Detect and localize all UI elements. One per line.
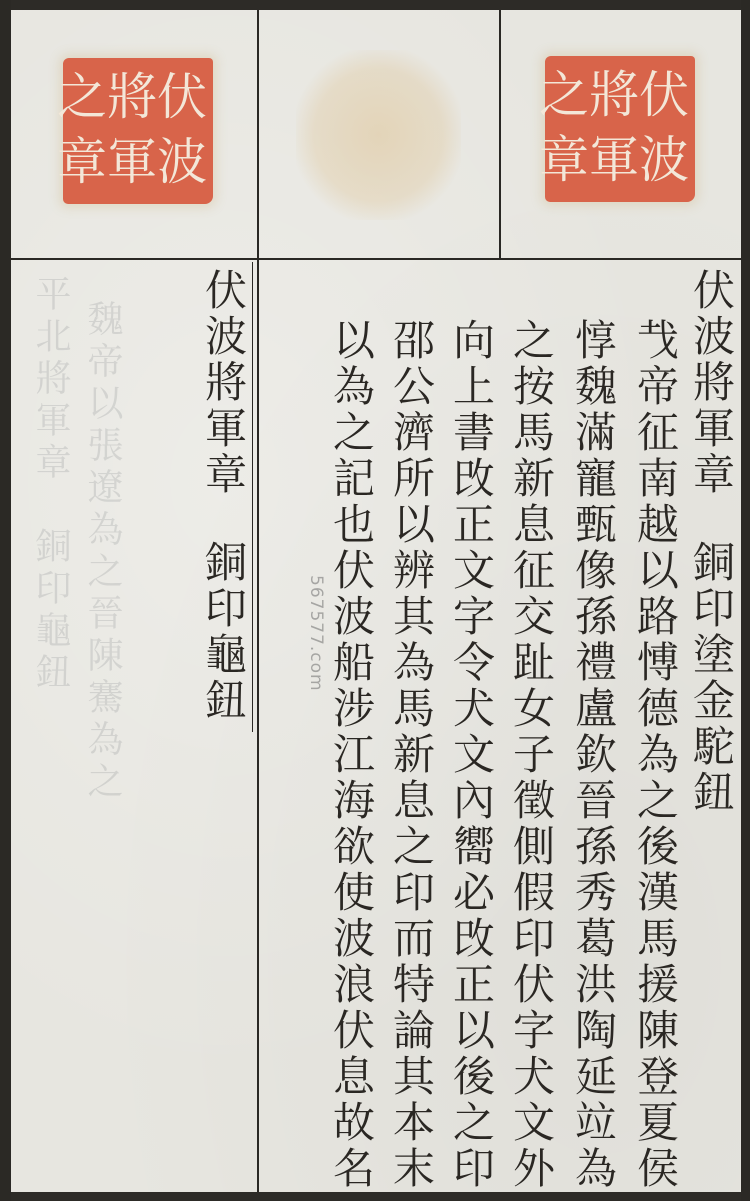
seal-box-middle [259, 12, 499, 258]
right-title-column: 伏波將軍章銅印塗金駝鈕 [686, 268, 736, 816]
seal-char: 伏 [639, 64, 689, 129]
seal-char: 伏 [157, 66, 207, 131]
body-text-column-4: 向上書攺正文字令犬文內嚮必攺正以後之印 [446, 318, 496, 1192]
seal-char: 軍 [589, 129, 639, 194]
right-seal-description: 銅印塗金駝鈕 [687, 540, 736, 816]
body-text-column-5: 邵公濟所以辨其為馬新息之印而特論其本末 [386, 318, 436, 1192]
seal-char: 將 [107, 66, 157, 131]
seal-stain-empty [296, 50, 461, 220]
site-watermark: 567577.com [306, 575, 326, 692]
body-text-column-2: 惇魏滿寵甄像孫禮盧欽晉孫秀葛洪陶延竝為 [568, 318, 618, 1192]
seal-char: 波 [639, 129, 689, 194]
book-page: 伏 波 將 軍 之 章 伏 波 將 軍 之 章 平北將軍章 銅印龜鈕 魏帝以張遼… [0, 0, 750, 1201]
seal-char: 軍 [107, 131, 157, 196]
seal-char: 章 [57, 131, 107, 196]
seal-box-right: 伏 波 將 軍 之 章 [501, 12, 741, 258]
frame-top-border [0, 0, 750, 10]
left-title-column: 伏波將軍章銅印龜鈕 [198, 268, 248, 724]
bleed-through-column-2: 魏帝以張遼為之晉陳騫為之 [80, 300, 124, 804]
right-seal-title: 伏波將軍章 [687, 268, 736, 498]
bleed-through-column-1: 平北將軍章 銅印龜鈕 [28, 275, 72, 695]
body-text-column-1: 𢦏帝征南越以路愽德為之後漢馬援陳登夏侯 [630, 318, 680, 1192]
body-text-column-3: 之按馬新息征交趾女子徵側假印伏字犬文外 [506, 318, 556, 1192]
left-title-rule [252, 262, 253, 732]
frame-bottom-border [0, 1192, 750, 1201]
seal-char: 之 [57, 66, 107, 131]
seal-impression-right: 伏 波 將 軍 之 章 [545, 56, 695, 202]
body-text-column-6: 以為之記也伏波船涉江海欲使波浪伏息故名 [326, 318, 376, 1192]
seal-char: 將 [589, 64, 639, 129]
frame-right-border [741, 0, 750, 1201]
seal-char: 之 [539, 64, 589, 129]
left-seal-description: 銅印龜鈕 [199, 540, 248, 724]
seal-impression-left: 伏 波 將 軍 之 章 [63, 58, 213, 204]
seal-row-divider [11, 258, 741, 260]
left-seal-title: 伏波將軍章 [199, 268, 248, 498]
frame-left-border [0, 0, 11, 1201]
seal-char: 章 [539, 129, 589, 194]
seal-char: 波 [157, 131, 207, 196]
seal-box-left: 伏 波 將 軍 之 章 [11, 12, 257, 258]
